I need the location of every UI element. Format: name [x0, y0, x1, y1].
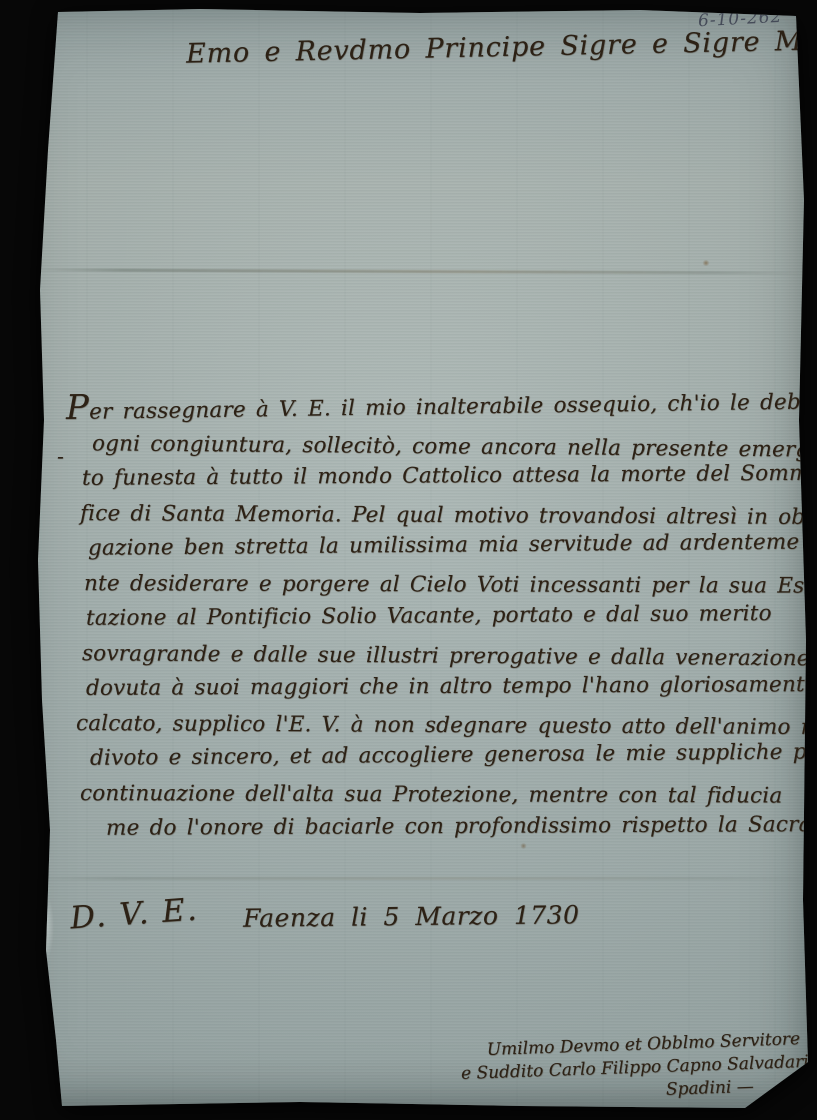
salutation-line: Emo e Revdmo Principe Sigre e Sigre Mio …: [186, 27, 727, 69]
body-line: tazione al Pontificio Solio Vacante, por…: [66, 596, 802, 636]
fold-crease-lower: [30, 877, 807, 880]
body-line: divoto e sincero, et ad accogliere gener…: [66, 735, 802, 776]
body-line: gazione ben stretta la umilissima mia se…: [66, 525, 802, 566]
body-line: dovuta à suoi maggiori che in altro temp…: [66, 667, 802, 706]
ink-stain: [702, 260, 710, 266]
letter-body: Per rassegnare à V. E. il mio inalterabi…: [66, 391, 802, 846]
paper-wrapper: 6-10-262 Emo e Revdmo Principe Sigre e S…: [0, 0, 817, 1120]
margin-hyphen: -: [57, 444, 64, 468]
body-line: me do l'onore di baciarle con profondiss…: [66, 807, 802, 846]
valediction: D. V. E.: [69, 892, 200, 937]
signature-block: Umilmo Devmo et Obblmo Servitore e Suddi…: [460, 1028, 802, 1109]
fold-crease-upper: [30, 268, 807, 274]
torn-edge-highlight: [40, 892, 54, 962]
body-line: to funesta à tutto il mondo Cattolico at…: [66, 456, 802, 496]
dateline: Faenza li 5 Marzo 1730: [243, 900, 580, 933]
letter-sheet: 6-10-262 Emo e Revdmo Principe Sigre e S…: [0, 0, 817, 1120]
photo-background: 6-10-262 Emo e Revdmo Principe Sigre e S…: [0, 0, 817, 1120]
body-line: Per rassegnare à V. E. il mio inalterabi…: [66, 381, 802, 426]
